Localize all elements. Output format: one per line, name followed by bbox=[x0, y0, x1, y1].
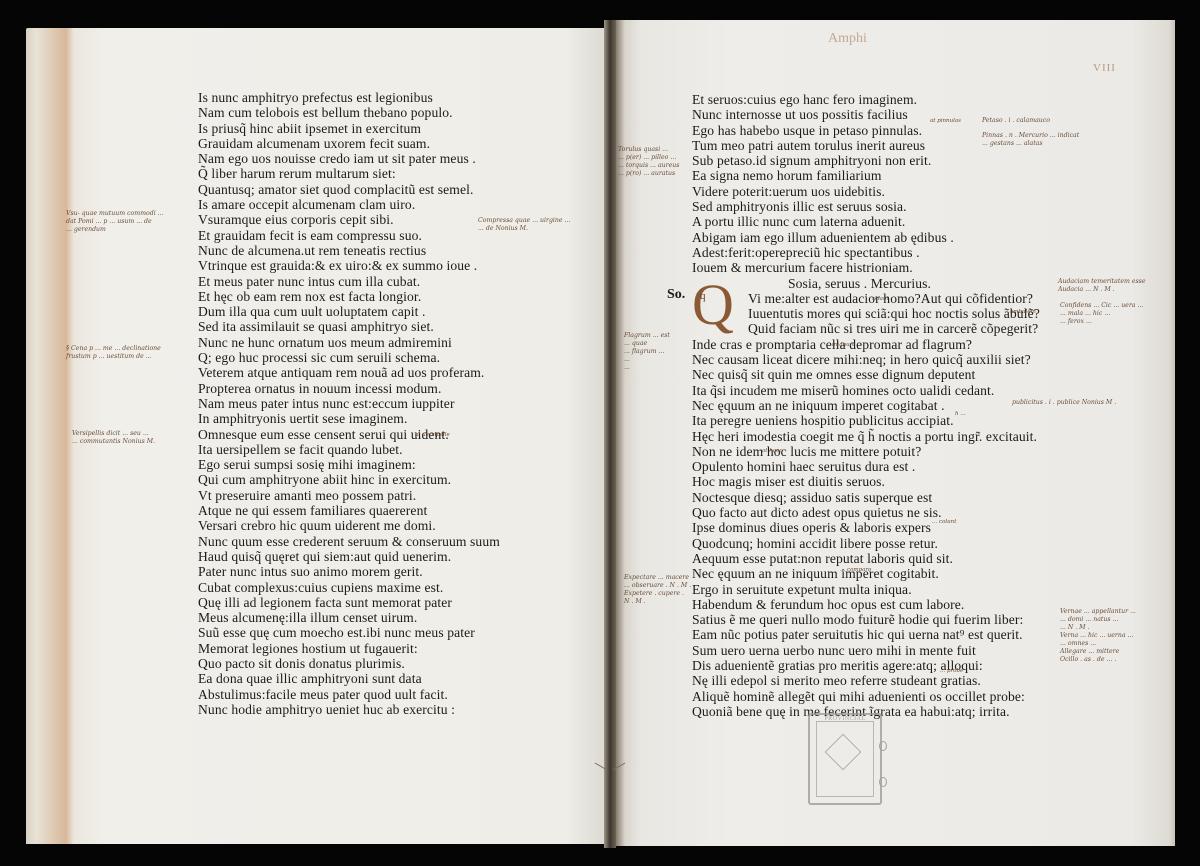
text-line: Nam cum telobois est bellum thebano popu… bbox=[198, 105, 500, 120]
text-line: Q; ego huc processi sic cum seruili sche… bbox=[198, 350, 500, 365]
text-line: Sub petaso.id signum amphitryoni non eri… bbox=[692, 153, 1040, 168]
text-line: Sed amphitryonis illic est seruus sosia. bbox=[692, 199, 1040, 214]
text-line: Abigam iam ego illum aduenientem ab ędib… bbox=[692, 230, 1040, 245]
right-page-text: Et seruos:cuius ego hanc fero imaginem. … bbox=[692, 92, 1040, 719]
text-line: Haud quisq̃ quęret qui siem:aut quid uen… bbox=[198, 549, 500, 564]
text-line: Nec causam liceat dicere mihi:neq; in he… bbox=[692, 352, 1040, 367]
stamp-ring-icon bbox=[879, 741, 887, 751]
text-line: Vi me:alter est audacior homo?Aut qui cõ… bbox=[692, 291, 1040, 306]
margin-note: Compressa quae ... uirgine ... ... de No… bbox=[478, 217, 570, 233]
interlinear-note: sciam bbox=[872, 296, 888, 302]
text-line: Q̃ liber harum rerum multarum siet: bbox=[198, 166, 500, 181]
text-line: Ita peregre ueniens hospitio publicitus … bbox=[692, 413, 1040, 428]
text-line: Ergo in seruitute expetunt multa iniqua. bbox=[692, 582, 1040, 597]
text-line: Et grauidam fecit is eam compressu suo. bbox=[198, 228, 500, 243]
text-line: Quo pacto sit donis donatus plurimis. bbox=[198, 656, 500, 671]
text-line: Nunc de alcumena.ut rem teneatis rectius bbox=[198, 243, 500, 258]
text-line: Noctesque diesq; assiduo satis superque … bbox=[692, 490, 1040, 505]
text-line: Quid faciam nũc si tres uiri me in carce… bbox=[692, 321, 1040, 336]
text-line: Versari crebro hic quum uiderent me domi… bbox=[198, 518, 500, 533]
text-line: Inde cras e promptaria cella depromar ad… bbox=[692, 337, 1040, 352]
text-line: Pater nunc intus suo animo morem gerit. bbox=[198, 564, 500, 579]
margin-note: Confidens ... Cic ... uera ... ... mala … bbox=[1060, 302, 1143, 326]
text-line: Is priusq̃ hinc abiit ipsemet in exercit… bbox=[198, 121, 500, 136]
text-line: A portu illic nunc cum laterna aduenit. bbox=[692, 214, 1040, 229]
text-line: Nam ego uos nouisse credo iam ut sit pat… bbox=[198, 151, 500, 166]
text-line: Videre poterit:uerum uos uidebitis. bbox=[692, 184, 1040, 199]
text-line: Dum illa qua cum uult uoluptatem capit . bbox=[198, 304, 500, 319]
book-spread: Is nunc amphitryo prefectus est legionib… bbox=[0, 0, 1200, 866]
scene-heading: Sosia, seruus . Mercurius. bbox=[692, 276, 1040, 291]
text-line: Vsuramque eius corporis cepit sibi. bbox=[198, 212, 500, 227]
speaker-label: So. bbox=[667, 287, 685, 303]
text-line: Veterem atque antiquam rem nouã ad uos p… bbox=[198, 365, 500, 380]
text-line: Aliquẽ hominẽ allegẽt qui mihi aduenient… bbox=[692, 689, 1040, 704]
text-line: Quantusq; amator siet quod complacitũ es… bbox=[198, 182, 500, 197]
margin-note: Versipellis dicit ... seu ... ... commut… bbox=[72, 430, 155, 446]
text-line: Et meus pater nunc intus cum illa cubat. bbox=[198, 274, 500, 289]
margin-note: Expectare ... macere ... obseruare . N .… bbox=[624, 574, 691, 606]
stamp-title: PROVINCIAL bbox=[810, 716, 880, 722]
book-gutter bbox=[604, 20, 616, 848]
text-line: Sum uero uerna uerbo nunc uero mihi in m… bbox=[692, 643, 1040, 658]
folio-number: VIII bbox=[1093, 62, 1116, 74]
margin-note: Flagrum ... est ... quae ... flagrum ...… bbox=[624, 332, 670, 372]
margin-note: publicitus . i . publice Nonius M . bbox=[1012, 399, 1116, 407]
text-line: In amphitryonis uertit sese imaginem. bbox=[198, 411, 500, 426]
decorated-initial: Q bbox=[692, 276, 734, 334]
interlinear-note: ... comparo bbox=[840, 567, 871, 573]
text-line: Quo facto aut dicto adest opus quietus n… bbox=[692, 505, 1040, 520]
interlinear-note: at uersipelle bbox=[415, 432, 450, 438]
stamp-ring-icon bbox=[879, 777, 887, 787]
text-line: Nunc hodie amphitryo ueniet huc ab exerc… bbox=[198, 702, 500, 717]
interlinear-note: ... colunt bbox=[932, 519, 956, 525]
text-line: Eam nũc potius pater seruitutis hic qui … bbox=[692, 627, 1040, 642]
text-line: Ipse dominus diues operis & laboris expe… bbox=[692, 520, 1040, 535]
text-line: Quę illi ad legionem facta sunt memorat … bbox=[198, 595, 500, 610]
text-line: Nę illi edepol si merito meo referre stu… bbox=[692, 673, 1040, 688]
text-line: Nec quisq̃ sit quin me omnes esse dignum… bbox=[692, 367, 1040, 382]
running-head: Amphi bbox=[828, 31, 867, 47]
text-line: Nec ęquum an ne iniquum imperet cogitaba… bbox=[692, 398, 1040, 413]
text-line: Quodcunq; homini accidit libere posse re… bbox=[692, 536, 1040, 551]
text-line: Iuuentutis mores qui sciã:qui hoc noctis… bbox=[692, 306, 1040, 321]
text-line: Propterea ornatus in nouum incessi modum… bbox=[198, 381, 500, 396]
text-line: Suũ esse quę cum moecho est.ibi nunc meu… bbox=[198, 625, 500, 640]
interlinear-note: at haec bbox=[762, 448, 782, 454]
left-page-text: Is nunc amphitryo prefectus est legionib… bbox=[198, 90, 500, 717]
text-line: Meus alcumenę:illa illum censet uirum. bbox=[198, 610, 500, 625]
margin-note: Vernae ... appellantur ... ... domi ... … bbox=[1060, 608, 1138, 664]
margin-note: Vsu- quae mutuum commodi ... dat Pomi ..… bbox=[66, 210, 164, 234]
text-line: Vtrinque est grauida:& ex uiro:& ex summ… bbox=[198, 258, 500, 273]
text-line: Ita uersipellem se facit quando lubet. bbox=[198, 442, 500, 457]
text-line: Habendum & ferundum hoc opus est cum lab… bbox=[692, 597, 1040, 612]
text-line: Hęc heri imodestia coegit me q̃ h̃ nocti… bbox=[692, 429, 1040, 444]
text-line: Nam meus pater intus nunc est:eccum iupp… bbox=[198, 396, 500, 411]
text-line: Cubat complexus:cuius cupiens maxime est… bbox=[198, 580, 500, 595]
text-line: Hoc magis miser est diuitis seruos. bbox=[692, 474, 1040, 489]
text-line: Dis aduenientẽ gratias pro meritis agere… bbox=[692, 658, 1040, 673]
text-line: Memorat legiones hostium ut fugauerit: bbox=[198, 641, 500, 656]
text-line: Grauidam alcumenam uxorem fecit suam. bbox=[198, 136, 500, 151]
text-line: Atque ne qui essem familiares quaererent bbox=[198, 503, 500, 518]
library-stamp: PROVINCIAL bbox=[808, 713, 882, 805]
text-line: Sed ita assimilauit se quasi amphitryo s… bbox=[198, 319, 500, 334]
margin-note: Audaciam temeritatem esse Audacia ... N … bbox=[1058, 278, 1146, 294]
text-line: Aequum esse putat:non reputat laboris qu… bbox=[692, 551, 1040, 566]
margin-note: Torulus quasi ... ... p(er) ... pilleo .… bbox=[618, 146, 679, 178]
margin-note: Pinnas . n . Mercurio ... indicat ... ge… bbox=[982, 132, 1079, 148]
text-line: Et seruos:cuius ego hanc fero imaginem. bbox=[692, 92, 1040, 107]
text-line: Is nunc amphitryo prefectus est legionib… bbox=[198, 90, 500, 105]
interlinear-note: iniquum bbox=[832, 342, 855, 348]
text-line: Iouem & mercurium facere histrioniam. bbox=[692, 260, 1040, 275]
text-line: Nunc ne hunc ornatum uos meum admiremini bbox=[198, 335, 500, 350]
text-line: Opulento homini haec seruitus dura est . bbox=[692, 459, 1040, 474]
guide-letter: q bbox=[700, 290, 706, 302]
text-line: Nunc quum esse crederent seruum & conser… bbox=[198, 534, 500, 549]
text-line: Ea signa nemo horum familiarium bbox=[692, 168, 1040, 183]
margin-note: Petaso . i . calamauco bbox=[982, 117, 1050, 125]
margin-note: § Cena p ... me ... declinatione frustum… bbox=[66, 345, 161, 361]
interlinear-note: ambulem bbox=[1010, 309, 1036, 315]
text-line: Is amare occepit alcumenam clam uiro. bbox=[198, 197, 500, 212]
text-line: Qui cum amphitryone abiit hinc in exerci… bbox=[198, 472, 500, 487]
interlinear-note: h ... bbox=[955, 411, 966, 417]
text-line: Satius ẽ me queri nullo modo fuiturẽ hod… bbox=[692, 612, 1040, 627]
text-line: Vt preseruire amanti meo possem patri. bbox=[198, 488, 500, 503]
interlinear-note: ... probe bbox=[940, 668, 963, 674]
text-line: Adest:ferit:operepreciũ hic spectantibus… bbox=[692, 245, 1040, 260]
text-line: Et hęc ob eam rem nox est facta longior. bbox=[198, 289, 500, 304]
text-line: Ita q̃si incudem me miserũ homines octo … bbox=[692, 383, 1040, 398]
text-line: Ego serui sumpsi sosię mihi imaginem: bbox=[198, 457, 500, 472]
text-line: Omnesque eum esse censent serui qui uide… bbox=[198, 427, 500, 442]
text-line: Ea dona quae illic amphitryoni sunt data bbox=[198, 671, 500, 686]
text-line: Non ne idem hoc lucis me mittere potuit? bbox=[692, 444, 1040, 459]
text-line: Abstulimus:facile meus pater quod uult f… bbox=[198, 687, 500, 702]
interlinear-note: at pinnulas bbox=[930, 118, 961, 124]
